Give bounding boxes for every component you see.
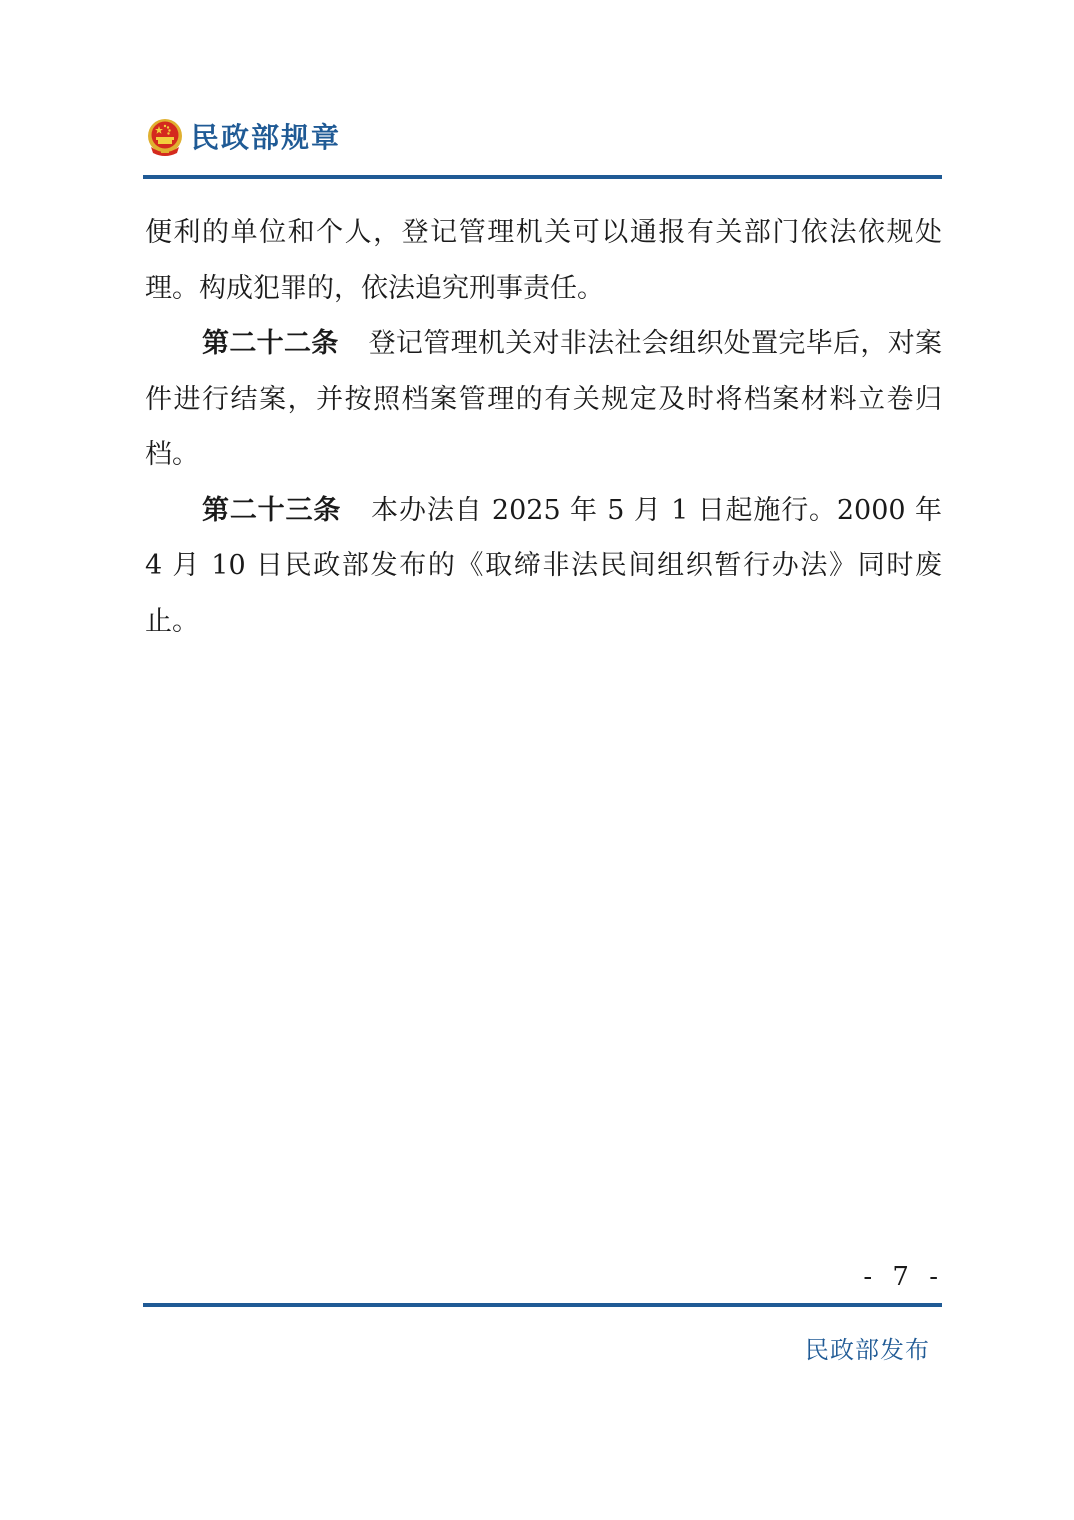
- document-body: 便利的单位和个人，登记管理机关可以通报有关部门依法依规处理。构成犯罪的，依法追究…: [145, 205, 942, 649]
- footer-divider: [143, 1303, 942, 1307]
- paragraph-text: 便利的单位和个人，登记管理机关可以通报有关部门依法依规处理。构成犯罪的，依法追究…: [145, 217, 942, 304]
- footer-publisher: 民政部发布: [805, 1330, 930, 1365]
- paragraph-continued: 便利的单位和个人，登记管理机关可以通报有关部门依法依规处理。构成犯罪的，依法追究…: [145, 205, 942, 316]
- national-emblem-icon: [145, 117, 185, 159]
- article-number: 第二十三条: [202, 495, 341, 526]
- article-number: 第二十二条: [202, 328, 339, 359]
- page-number: - 7 -: [863, 1262, 944, 1292]
- article-22: 第二十二条登记管理机关对非法社会组织处置完毕后，对案件进行结案，并按照档案管理的…: [145, 316, 942, 483]
- header-title: 民政部规章: [191, 116, 341, 160]
- page-header: 民政部规章: [145, 116, 341, 160]
- header-divider: [143, 175, 942, 179]
- article-23: 第二十三条本办法自 2025 年 5 月 1 日起施行。2000 年 4 月 1…: [145, 483, 942, 650]
